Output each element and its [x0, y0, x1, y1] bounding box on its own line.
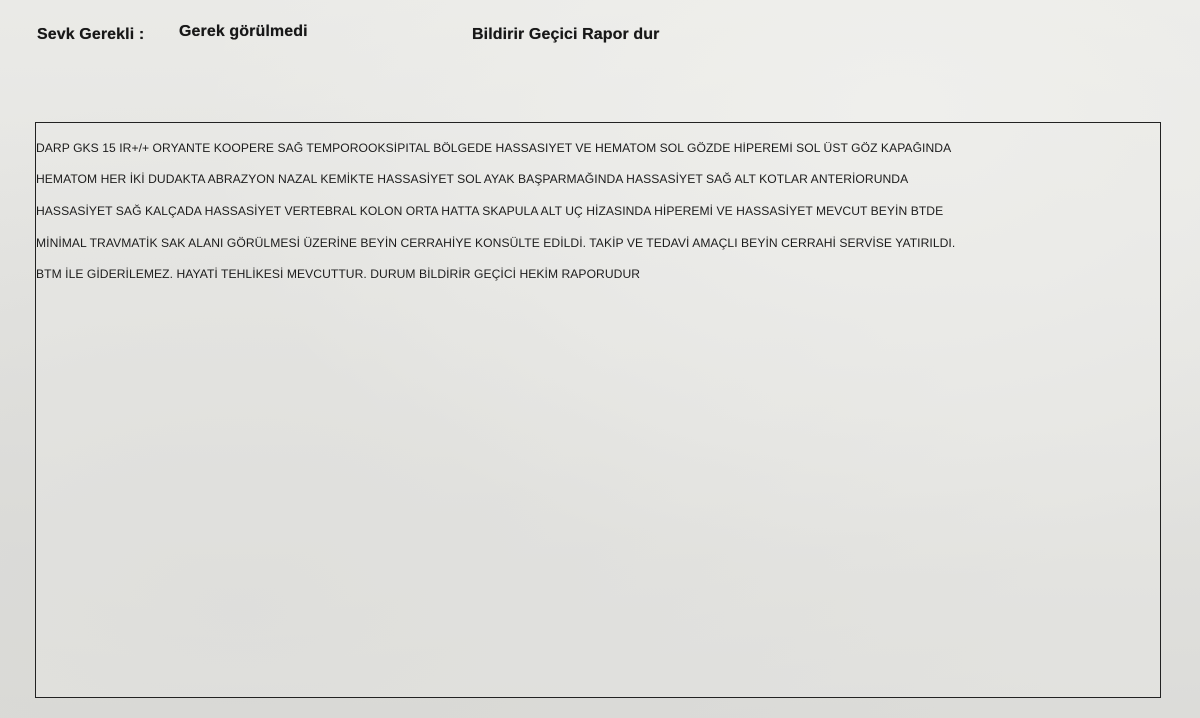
findings-line: BTM İLE GİDERİLEMEZ. HAYATİ TEHLİKESİ ME…	[36, 267, 1200, 283]
referral-required-label: Sevk Gerekli :	[37, 26, 144, 44]
findings-line: DARP GKS 15 IR+/+ ORYANTE KOOPERE SAĞ TE…	[36, 141, 1200, 157]
findings-line: HASSASİYET SAĞ KALÇADA HASSASİYET VERTEB…	[36, 204, 1200, 220]
findings-text: DARP GKS 15 IR+/+ ORYANTE KOOPERE SAĞ TE…	[36, 125, 1200, 299]
findings-line: MİNİMAL TRAVMATİK SAK ALANI GÖRÜLMESİ ÜZ…	[36, 236, 1200, 252]
findings-line: HEMATOM HER İKİ DUDAKTA ABRAZYON NAZAL K…	[36, 172, 1200, 188]
referral-required-value: Gerek görülmedi	[179, 23, 308, 41]
report-type-label: Bildirir Geçici Rapor dur	[472, 26, 659, 44]
report-header: Sevk Gerekli : Gerek görülmedi Bildirir …	[0, 22, 1200, 46]
findings-box: DARP GKS 15 IR+/+ ORYANTE KOOPERE SAĞ TE…	[35, 122, 1161, 698]
